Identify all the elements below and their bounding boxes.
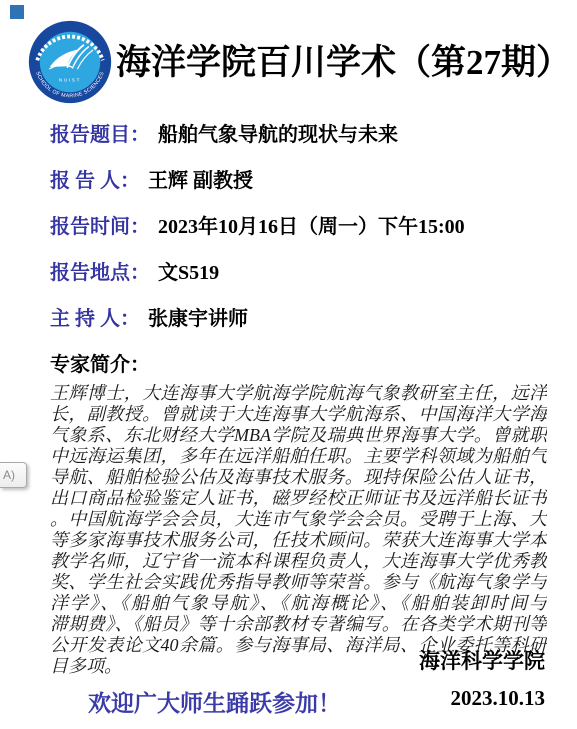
bio-line: 滞期费》、《船员》等十余部教材专著编写。在各类学术期刊等 xyxy=(50,614,547,635)
poster-title: 海洋学院百川学术（第27期） xyxy=(116,35,571,85)
info-row-topic: 报告题目： 船舶气象导航的现状与未来 xyxy=(50,118,577,147)
logo-inner-text: NUIST xyxy=(59,77,81,82)
footer-organization: 海洋科学学院 xyxy=(419,645,545,675)
lecture-poster-page: SCHOOL OF MARINE SCIENCES NUIST 海洋学院百川学术… xyxy=(0,0,577,729)
time-label: 报告时间： xyxy=(50,210,150,239)
school-of-marine-sciences-logo: SCHOOL OF MARINE SCIENCES NUIST xyxy=(28,20,112,104)
location-label: 报告地点： xyxy=(50,256,150,285)
topic-value: 船舶气象导航的现状与未来 xyxy=(158,118,398,147)
poster-header: SCHOOL OF MARINE SCIENCES NUIST 海洋学院百川学术… xyxy=(0,0,577,106)
bio-line: 中远海运集团，多年在远洋船舶任职。主要学科领域为船舶气象 xyxy=(50,446,547,467)
bio-line: 导航、船舶检验公估及海事技术服务。现持保险公估人证书，进 xyxy=(50,467,547,488)
bio-heading: 专家简介： xyxy=(50,348,577,377)
info-row-time: 报告时间： 2023年10月16日（周一）下午15:00 xyxy=(50,210,577,239)
bio-line: 。中国航海学会会员，大连市气象学会会员。受聘于上海、大连 xyxy=(50,509,547,530)
topic-label: 报告题目： xyxy=(50,118,150,147)
speaker-value: 王辉 副教授 xyxy=(148,164,253,193)
footer-date: 2023.10.13 xyxy=(419,686,545,711)
time-value: 2023年10月16日（周一）下午15:00 xyxy=(158,210,465,239)
logo-badge-icon: SCHOOL OF MARINE SCIENCES NUIST xyxy=(28,20,112,104)
blue-square-marker xyxy=(10,5,24,19)
speaker-label: 报 告 人： xyxy=(50,164,140,193)
info-row-host: 主 持 人： 张康宇讲师 xyxy=(50,302,577,331)
bio-line: 等多家海事技术服务公司，任技术顾问。荣获大连海事大学本科 xyxy=(50,530,547,551)
bio-line: 奖、学生社会实践优秀指导教师等荣誉。参与《航海气象学与海 xyxy=(50,572,547,593)
bio-line: 出口商品检验鉴定人证书，磁罗经校正师证书及远洋船长证书等 xyxy=(50,488,547,509)
bio-line: 气象系、东北财经大学MBA学院及瑞典世界海事大学。曾就职于 xyxy=(50,425,547,446)
floating-a-button[interactable]: A) xyxy=(0,462,27,488)
info-row-location: 报告地点： 文S519 xyxy=(50,256,577,285)
floating-a-label: A) xyxy=(3,468,15,482)
location-value: 文S519 xyxy=(158,256,219,285)
bio-paragraph: 王辉博士，大连海事大学航海学院航海气象教研室主任，远洋船 长，副教授。曾就读于大… xyxy=(50,383,547,677)
host-value: 张康宇讲师 xyxy=(148,302,248,331)
bio-line: 王辉博士，大连海事大学航海学院航海气象教研室主任，远洋船 xyxy=(50,383,547,404)
lecture-info-list: 报告题目： 船舶气象导航的现状与未来 报 告 人： 王辉 副教授 报告时间： 2… xyxy=(50,118,577,331)
bio-line: 长，副教授。曾就读于大连海事大学航海系、中国海洋大学海洋 xyxy=(50,404,547,425)
info-row-speaker: 报 告 人： 王辉 副教授 xyxy=(50,164,577,193)
bio-line: 洋学》、《船舶气象导航》、《航海概论》、《船舶装卸时间与 xyxy=(50,593,547,614)
host-label: 主 持 人： xyxy=(50,302,140,331)
bio-line: 教学名师，辽宁省一流本科课程负责人，大连海事大学优秀教学 xyxy=(50,551,547,572)
poster-footer: 海洋科学学院 2023.10.13 xyxy=(419,645,545,711)
